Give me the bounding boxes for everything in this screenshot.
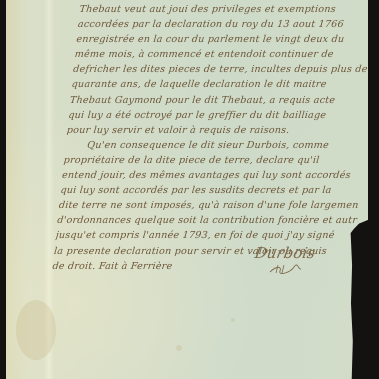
signature-paraph-icon [268, 264, 302, 274]
paper-stain [176, 345, 182, 351]
paper-stain [231, 318, 235, 322]
text-line: jusqu'et compris l'année 1793, en foi de… [55, 228, 357, 243]
text-line: dite terre ne sont imposés, qu'à raison … [58, 198, 360, 213]
text-line: accordées par la declaration du roy du 1… [77, 17, 379, 32]
paper-stain [16, 300, 56, 360]
text-line: pour luy servir et valoir à requis de ra… [66, 123, 368, 138]
manuscript-text: Thebaut veut aut joui des privileges et … [52, 2, 379, 274]
text-line: Thebaut Gaymond pour le dit Thebaut, a r… [69, 93, 371, 108]
text-line: propriétaire de la dite piece de terre, … [63, 153, 365, 168]
text-line: même mois, à commencé et entendoit conti… [74, 47, 376, 62]
text-line: quarante ans, de laquelle declaration le… [71, 77, 373, 92]
text-line: qui luy sont accordés par les susdits de… [60, 183, 362, 198]
text-line: qui luy a été octroyé par le greffier du… [68, 108, 370, 123]
text-line: enregistrée en la cour du parlement le v… [76, 32, 378, 47]
signature: Durbois [253, 244, 316, 262]
text-line: defricher les dites pieces de terre, inc… [72, 62, 374, 77]
text-line: entend jouir, des mêmes avantages qui lu… [61, 168, 363, 183]
text-line: d'ordonnances quelque soit la contributi… [56, 213, 358, 228]
text-line: Thebaut veut aut joui des privileges et … [79, 2, 379, 17]
text-line: Qu'en consequence le dit sieur Durbois, … [64, 138, 366, 153]
